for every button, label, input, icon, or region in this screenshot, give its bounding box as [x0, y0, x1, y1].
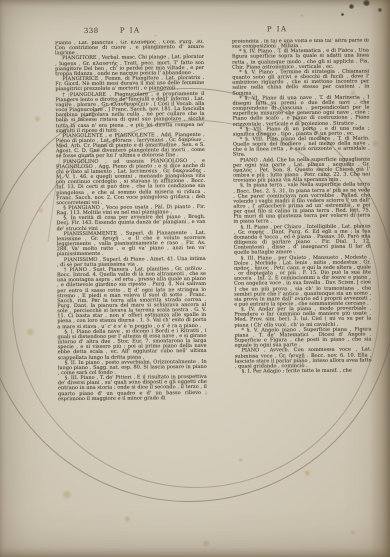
- text-column-left: Pianto , Lat. planctus , Gr. κλαυθμός . …: [55, 40, 207, 435]
- dictionary-paragraph: † PIANO . Sust. Pianura . Lat. planities…: [57, 267, 207, 330]
- text-column-right: profondità , in tal è una volta e una ta…: [232, 38, 373, 449]
- page-edge-top: [0, 0, 390, 8]
- dictionary-paragraph: * §. V. Piano , Termine di strategia . C…: [232, 69, 369, 96]
- dictionary-paragraph: PIANGITORE , Verbal. masc. Chi piange , …: [55, 55, 204, 77]
- running-head-right: P IA: [267, 25, 288, 33]
- dictionary-paragraph: §. I. Piano della nave , si dicono i Bor…: [57, 329, 206, 361]
- dictionary-paragraph: §. In piana terra , vale Nella superfici…: [233, 183, 370, 225]
- dictionary-paragraph: §. I. Per Adagio ; ferite tutte le manif…: [235, 368, 372, 374]
- running-head-left: P IA: [120, 26, 141, 34]
- dictionary-paragraph: §. IV. Andar per la piana , modo proverb…: [234, 307, 371, 329]
- dictionary-paragraph: §. III. Piano , T. de' Pittori . E il ri…: [58, 375, 207, 402]
- dictionary-paragraph: PIANO . Avverb. Con sommessa voce , Lat.…: [235, 348, 372, 370]
- dictionary-paragraph: * §. IV. Piano , T. di Matematica , e di…: [232, 49, 369, 71]
- dictionary-paragraph: † PIANGOLARE , Piagnucolare , e propriam…: [55, 91, 204, 134]
- dictionary-paragraph: PIANISSIMAMENTE , Superl. di Pianamente …: [57, 231, 206, 258]
- dictionary-paragraph: PIANO . Add. Che ha nella superficie ugu…: [233, 157, 370, 184]
- dictionary-paragraph: §. II. Piano , per Chiaro , Intelligibil…: [234, 224, 371, 256]
- book-gutter-shadow: [370, 0, 390, 557]
- dictionary-paragraph: §. III. Piano , per Quieto , Mansueto , …: [234, 255, 371, 308]
- printed-text-block: 338 P IA P IA Pianto , Lat. planctus , G…: [0, 0, 390, 557]
- dictionary-paragraph: * §. VI. Piano di una nave , T. di Marin…: [232, 95, 369, 127]
- page-number: 338: [84, 27, 99, 35]
- page-edge-bottom: [0, 547, 390, 557]
- page-header: 338 P IA P IA: [0, 24, 388, 37]
- dictionary-paragraph: PIANGOLENTE , e PIAGNOLENTE , Add. Piang…: [56, 133, 205, 160]
- dictionary-paragraph: PIANGOLINO , ad usanza PIANGOLOSO , e PI…: [56, 159, 205, 207]
- book-page-scan: 338 P IA P IA Pianto , Lat. planctus , G…: [0, 0, 390, 557]
- dictionary-paragraph: * §. VIII. Pian piano del modiere , T. d…: [233, 136, 370, 158]
